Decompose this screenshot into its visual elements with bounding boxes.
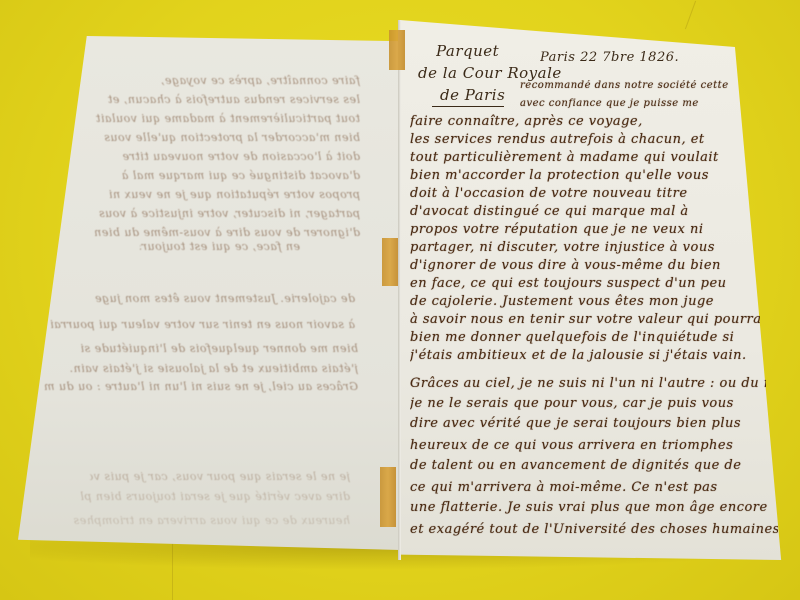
letter-line: doit à l'occasion de votre nouveau titre (410, 186, 748, 201)
bleed-through-line: j'étais ambitieux et de la jalousie si j… (46, 362, 358, 375)
letter-line: je ne le serais que pour vous, car je pu… (410, 396, 768, 411)
letter-line: de talent ou en avancement de dignités q… (410, 458, 772, 473)
bleed-through-line: en face, ce qui est toujours suspect d'u… (140, 240, 300, 253)
bleed-through-line: bien m'accorder la protection qu'elle vo… (80, 131, 360, 144)
tape-strip-bottom (380, 467, 396, 527)
date-line: Paris 22 7bre 1826. (540, 50, 679, 65)
bleed-through-line: doit à l'occasion de votre nouveau titre (78, 150, 360, 163)
bleed-through-line: de cajolerie. Justement vous êtes mon ju… (50, 292, 355, 305)
letter-line: propos votre réputation que je ne veux n… (410, 222, 750, 237)
bleed-through-line: je ne le serais que pour vous, car je pu… (90, 470, 350, 483)
letter-line: bien m'accorder la protection qu'elle vo… (410, 168, 745, 183)
tape-strip-middle (382, 238, 398, 286)
letter-line: j'étais ambitieux et de la jalousie si j… (410, 348, 764, 363)
letter-line: tout particulièrement à madame qui voula… (410, 150, 745, 165)
bleed-through-line: propos votre réputation que je ne veux n… (74, 188, 360, 201)
letter-line: avec confiance que je puisse me (520, 98, 740, 109)
letter-line: d'ignorer de vous dire à vous-même du bi… (410, 258, 754, 273)
letter-line: faire connaître, après ce voyage, (410, 114, 740, 129)
letter-line: dire avec vérité que je serai toujours b… (410, 416, 770, 431)
bleed-through-line: faire connaître, après ce voyage, (85, 74, 360, 87)
letter-line: une flatterie. Je suis vrai plus que mon… (410, 500, 776, 515)
letter-line: bien me donner quelquefois de l'inquiétu… (410, 330, 762, 345)
photo-scene: Parquet de la Cour Royale de Paris Paris… (0, 0, 800, 600)
letter-line: partager, ni discuter, votre injustice à… (410, 240, 752, 255)
letterhead-line-1: Parquet (436, 42, 499, 60)
tape-strip-top (389, 30, 405, 70)
letter-line: à savoir nous en tenir sur votre valeur … (410, 312, 760, 327)
letter-line: heureux de ce qui vous arrivera en triom… (410, 438, 770, 453)
bleed-through-line: heureux de ce qui vous arrivera en triom… (70, 514, 350, 527)
letter-line: et exagéré tout de l'Université des chos… (410, 522, 778, 537)
letter-line: en face, ce qui est toujours suspect d'u… (410, 276, 756, 291)
background-crease (685, 1, 696, 30)
letterhead-line-3: de Paris (440, 86, 505, 104)
letter-line: ce qui m'arrivera à moi-même. Ce n'est p… (410, 480, 774, 495)
bleed-through-line: partager, ni discuter, votre injustice à… (72, 207, 360, 220)
letter-line: recommandé dans notre société cette (520, 80, 740, 91)
letter-line: de cajolerie. Justement vous êtes mon ju… (410, 294, 758, 309)
letterhead-rule (432, 106, 504, 107)
bleed-through-line: tout particulièrement à madame qui voula… (82, 112, 360, 125)
bleed-through-line: d'ignorer de vous dire à vous-même du bi… (70, 226, 360, 239)
letter-line: Grâces au ciel, je ne suis ni l'un ni l'… (410, 376, 766, 391)
center-fold (398, 20, 401, 560)
bleed-through-line: d'avocat distingué ce qui marque mal à (76, 169, 360, 182)
bleed-through-line: Grâces au ciel, je ne suis ni l'un ni l'… (44, 380, 358, 393)
bleed-through-line: les services rendus autrefois à chacun, … (85, 93, 360, 106)
letter-line: d'avocat distingué ce qui marque mal à (410, 204, 748, 219)
bleed-through-line: à savoir nous en tenir sur votre valeur … (50, 318, 355, 331)
bleed-through-line: bien me donner quelquefois de l'inquiétu… (48, 342, 358, 355)
bleed-through-line: dire avec vérité que je serai toujours b… (80, 490, 350, 503)
letter-line: les services rendus autrefois à chacun, … (410, 132, 740, 147)
